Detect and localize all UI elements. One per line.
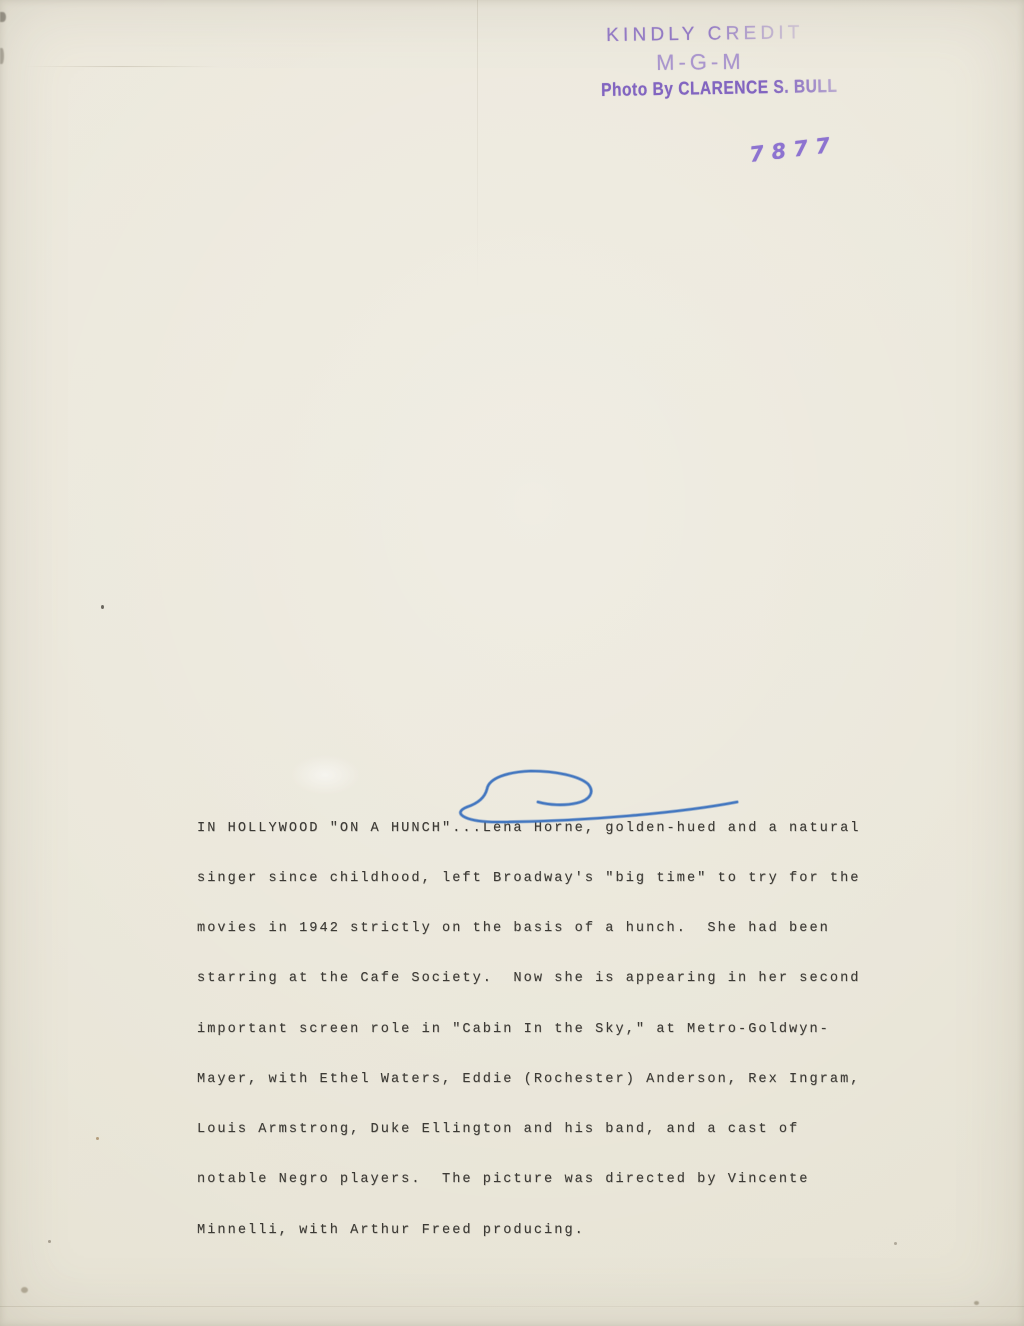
caption-line: notable Negro players. The picture was d… xyxy=(197,1172,861,1189)
caption-line: important screen role in "Cabin In the S… xyxy=(197,1022,861,1039)
photo-verso-scan: KINDLY CREDIT M-G-M Photo By CLARENCE S.… xyxy=(0,0,1024,1326)
paper-speck xyxy=(101,605,104,609)
caption-line: Louis Armstrong, Duke Ellington and his … xyxy=(197,1122,861,1139)
caption-line: IN HOLLYWOOD "ON A HUNCH"...Lena Horne, … xyxy=(197,821,861,838)
caption-line: Mayer, with Ethel Waters, Eddie (Rochest… xyxy=(197,1072,861,1089)
paper-smudge xyxy=(290,755,360,795)
typed-caption: IN HOLLYWOOD "ON A HUNCH"...Lena Horne, … xyxy=(197,787,861,1273)
stamp-mgm-line: M-G-M xyxy=(656,49,745,76)
crease-mark xyxy=(477,0,478,290)
paper-speck xyxy=(48,1240,51,1243)
paper-edge-chip xyxy=(0,12,6,22)
paper-speck xyxy=(974,1301,979,1305)
paper-speck xyxy=(96,1137,99,1140)
paper-speck xyxy=(21,1287,28,1293)
paper-edge-chip xyxy=(0,48,4,64)
caption-line: starring at the Cafe Society. Now she is… xyxy=(197,971,861,988)
caption-line: Minnelli, with Arthur Freed producing. xyxy=(197,1223,861,1240)
caption-line: movies in 1942 strictly on the basis of … xyxy=(197,921,861,938)
crease-mark xyxy=(24,66,220,67)
caption-line: singer since childhood, left Broadway's … xyxy=(197,871,861,888)
stamp-photographer-line: Photo By CLARENCE S. BULL xyxy=(601,75,838,101)
crease-mark xyxy=(0,1306,1024,1307)
reference-number-stamp: 7877 xyxy=(748,132,839,167)
paper-speck xyxy=(894,1242,897,1245)
stamp-kindly-credit-line: KINDLY CREDIT xyxy=(606,22,804,47)
